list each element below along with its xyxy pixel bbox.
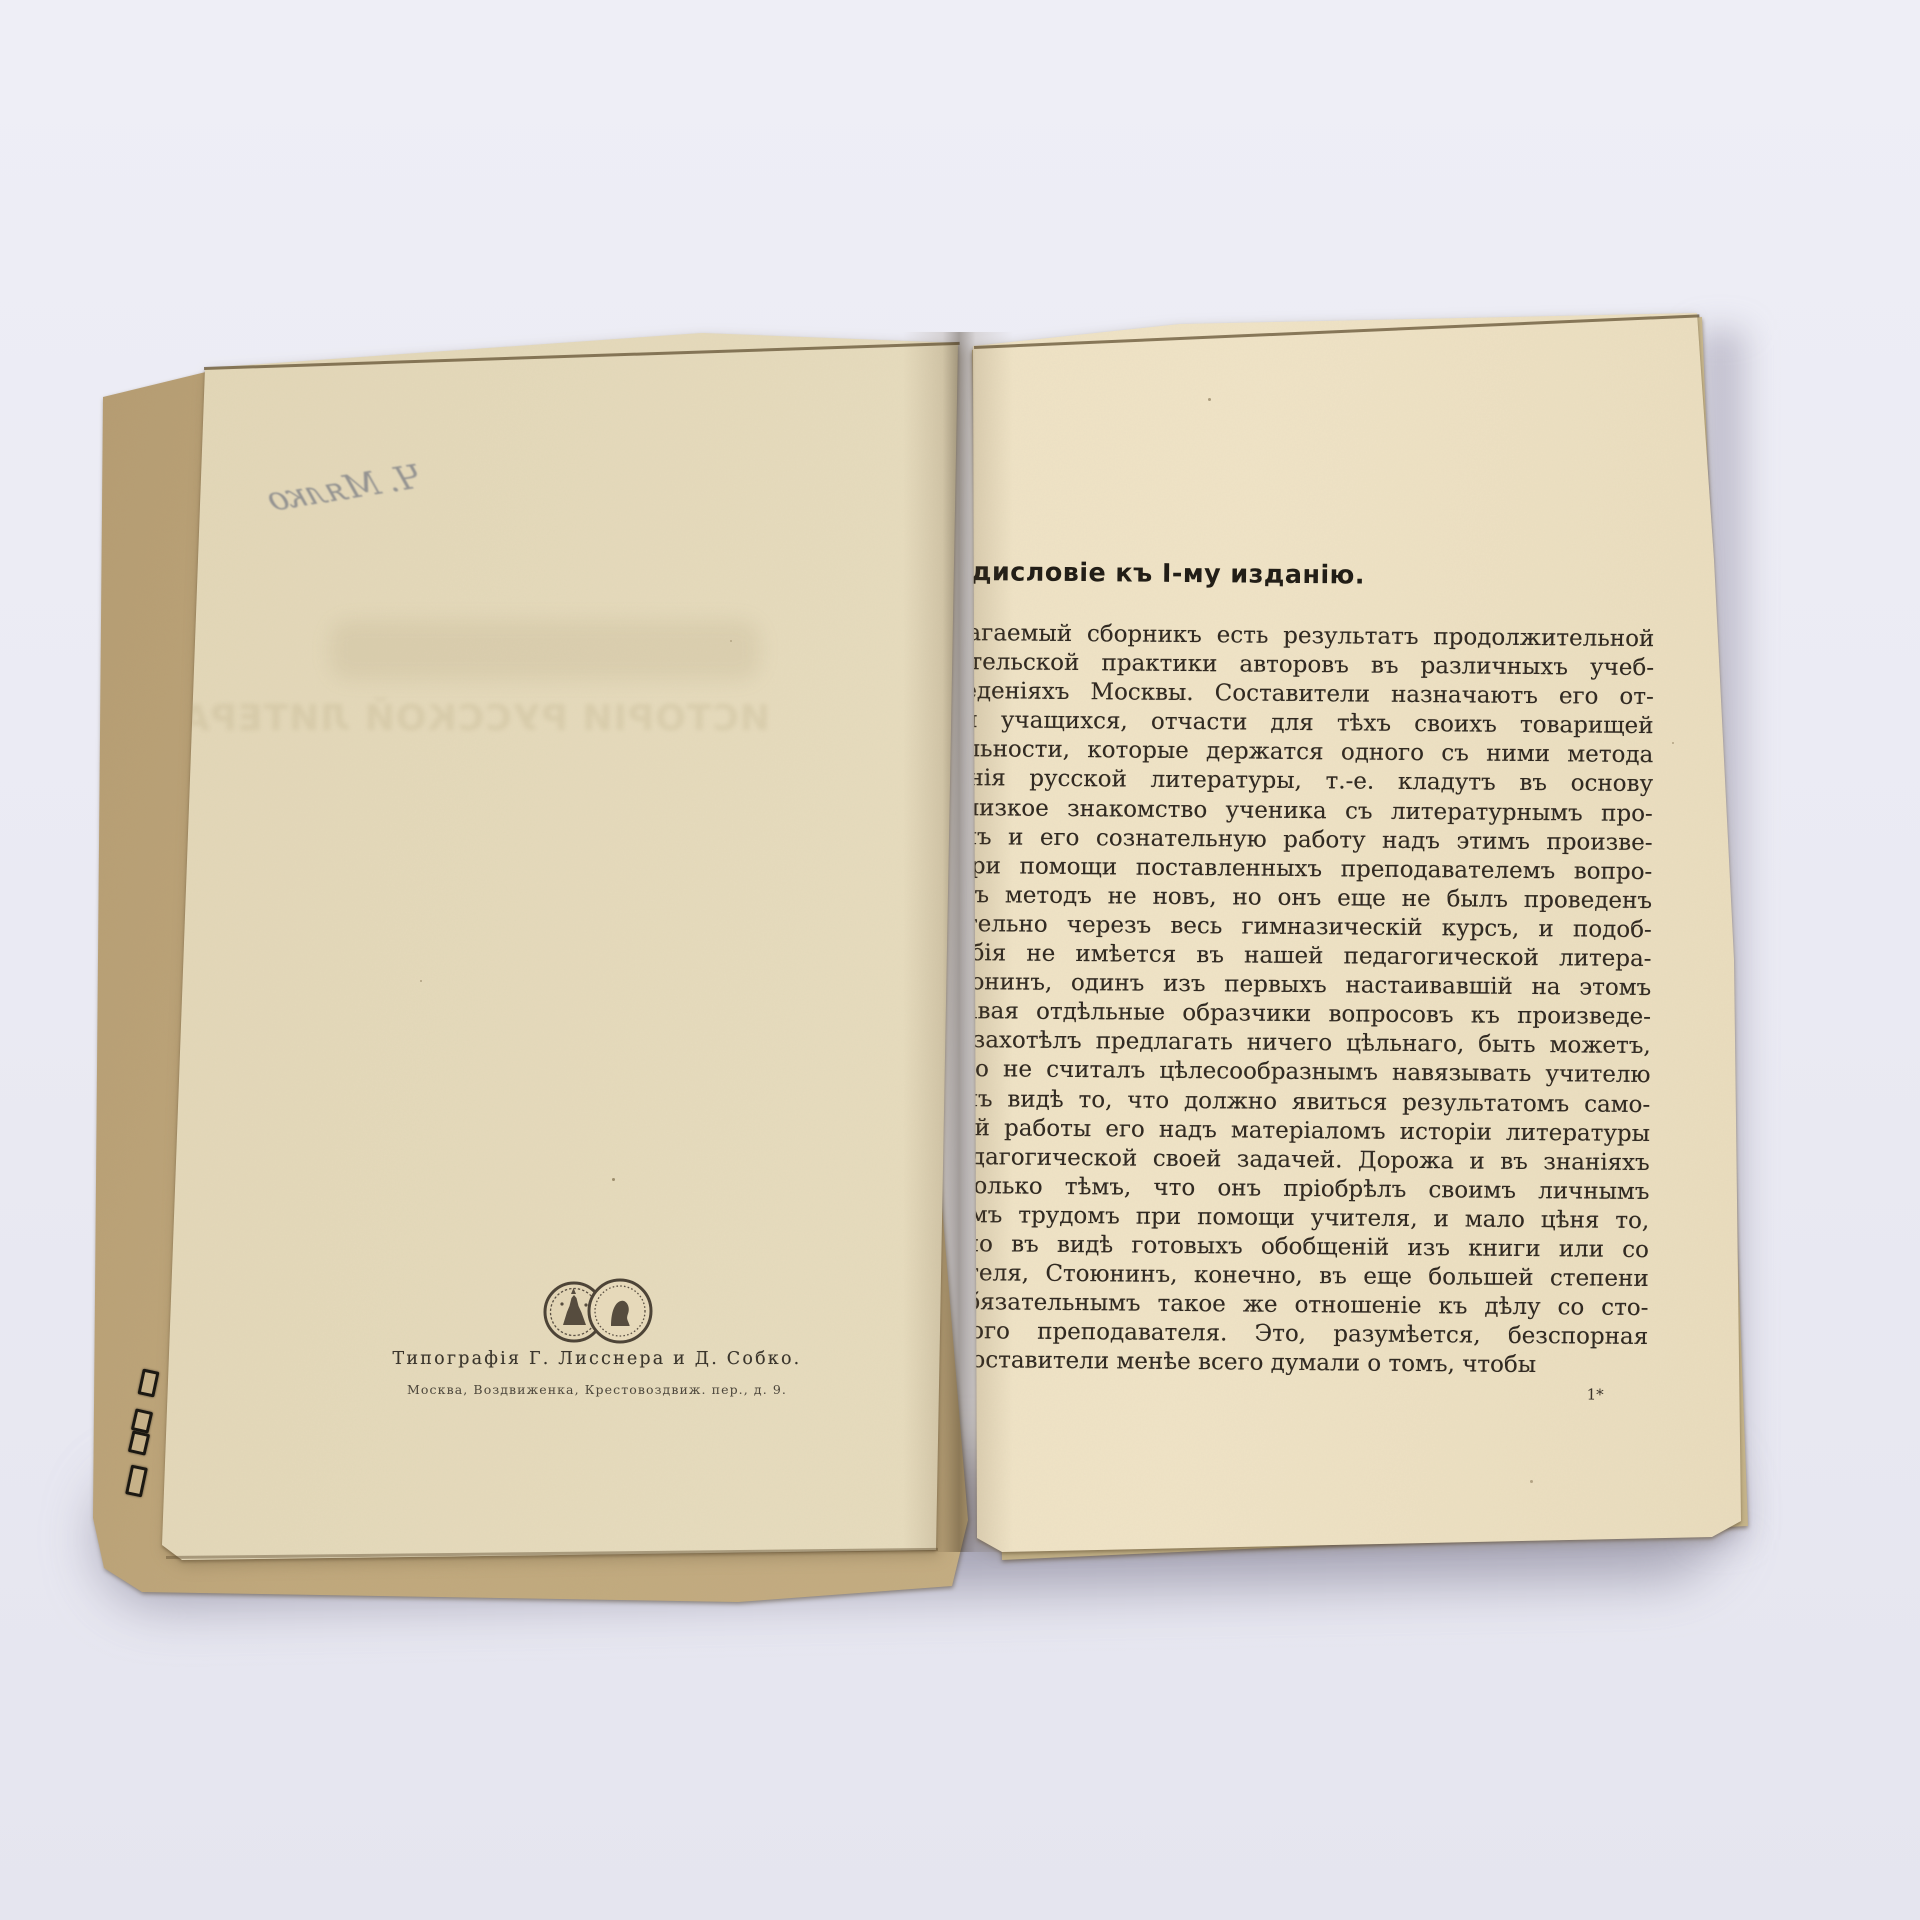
handwritten-inscription: Ч. Мялко [263,457,429,519]
printer-imprint: Типографія Г. Лисснера и Д. Собко. [372,1349,822,1369]
preface-heading: Предисловіе къ I-му изданію. [913,557,1655,593]
show-through-title-text: ИСТОРІИ РУССКОЙ ЛИТЕРАТУРЫ [250,698,770,739]
printer-medallions-mark [540,1270,660,1352]
show-through-smudge [330,620,760,680]
printer-address: Москва, Воздвиженка, Крестовоздвиж. пер.… [372,1382,822,1397]
book-photograph: Ч. Мялко ИСТОРІИ РУССКОЙ ЛИТЕРАТУРЫ Типо… [0,0,1920,1920]
right-page-top-edge [974,314,1699,348]
binding-staple [128,1430,150,1455]
left-page-top-edge [204,342,960,370]
binding-staple [137,1369,159,1398]
book-side-shadow [1695,330,1745,1540]
gutter-shadow [903,332,1013,1552]
